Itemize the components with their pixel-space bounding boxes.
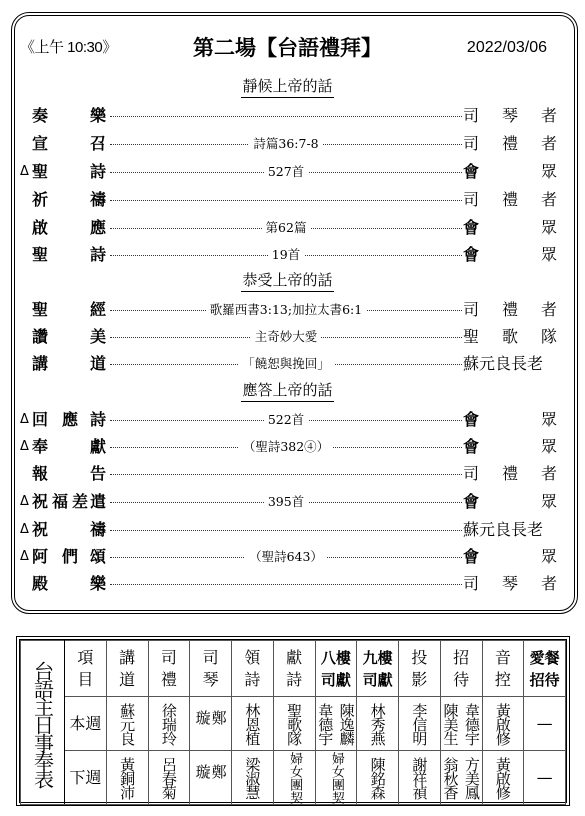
service-item-announcements: 報 告 司禮者 bbox=[0, 462, 585, 486]
service-item-scripture: 聖 經 歌羅西書3:13;加拉太書6:1 司禮者 bbox=[0, 298, 585, 322]
stand-marker-icon: Δ bbox=[20, 494, 29, 510]
service-item-prelude: 奏 樂 司琴者 bbox=[0, 104, 585, 128]
service-item-offering: Δ 奉 獻 （聖詩382④） 會眾 bbox=[0, 435, 585, 459]
service-item-hymn-1: Δ 聖 詩 527首 會眾 bbox=[0, 160, 585, 184]
service-time: 《上午 10:30》 bbox=[20, 34, 117, 62]
section-heading-responding: 應答上帝的話 bbox=[0, 380, 585, 402]
stand-marker-icon: Δ bbox=[20, 164, 29, 180]
stand-marker-icon: Δ bbox=[20, 412, 29, 428]
roster-title: 台語主日事奉表 bbox=[21, 641, 65, 805]
roster-row-this-week: 本週 蘇元良 徐瑞玲 鄭璇 林恩植 聖歌隊 陳逸麟韋德宇 林秀燕 李信明 韋德宇… bbox=[21, 697, 566, 751]
service-item-benediction: Δ 祝 禱 蘇元良長老 bbox=[0, 518, 585, 542]
stand-marker-icon: Δ bbox=[20, 439, 29, 455]
section-heading-waiting: 靜候上帝的話 bbox=[0, 76, 585, 98]
service-item-hymn-2: 聖 詩 19首 會眾 bbox=[0, 243, 585, 267]
service-date: 2022/03/06 bbox=[467, 34, 547, 62]
stand-marker-icon: Δ bbox=[20, 522, 29, 538]
service-item-sermon: 講 道 「饒恕與挽回」 蘇元良長老 bbox=[0, 352, 585, 376]
section-heading-receiving: 恭受上帝的話 bbox=[0, 270, 585, 292]
service-item-sending-hymn: Δ 祝 福 差 遣 395首 會眾 bbox=[0, 490, 585, 514]
service-item-anthem: 讚 美 主奇妙大愛 聖歌隊 bbox=[0, 325, 585, 349]
service-item-call-to-worship: 宣 召 詩篇36:7-8 司禮者 bbox=[0, 132, 585, 156]
service-item-postlude: 殿 樂 司琴者 bbox=[0, 572, 585, 596]
service-item-amen: Δ 阿 們 頌 （聖詩643） 會眾 bbox=[0, 545, 585, 569]
service-item-response-hymn: Δ 回 應 詩 522首 會眾 bbox=[0, 408, 585, 432]
stand-marker-icon: Δ bbox=[20, 549, 29, 565]
service-item-prayer: 祈 禱 司禮者 bbox=[0, 188, 585, 212]
roster-row-next-week: 下週 黃銅沛 呂春菊 鄭璇 梁淑慧 婦女團契 婦女團契 陳銘森 謝祥禎 方美鳳翁… bbox=[21, 751, 566, 805]
roster-header-row: 台語主日事奉表 項目 講道 司禮 司琴 領詩 獻詩 八樓司獻 九樓司獻 投影 招… bbox=[21, 641, 566, 697]
service-item-responsive-reading: 啟 應 第62篇 會眾 bbox=[0, 216, 585, 240]
service-roster-table: 台語主日事奉表 項目 講道 司禮 司琴 領詩 獻詩 八樓司獻 九樓司獻 投影 招… bbox=[16, 636, 570, 806]
